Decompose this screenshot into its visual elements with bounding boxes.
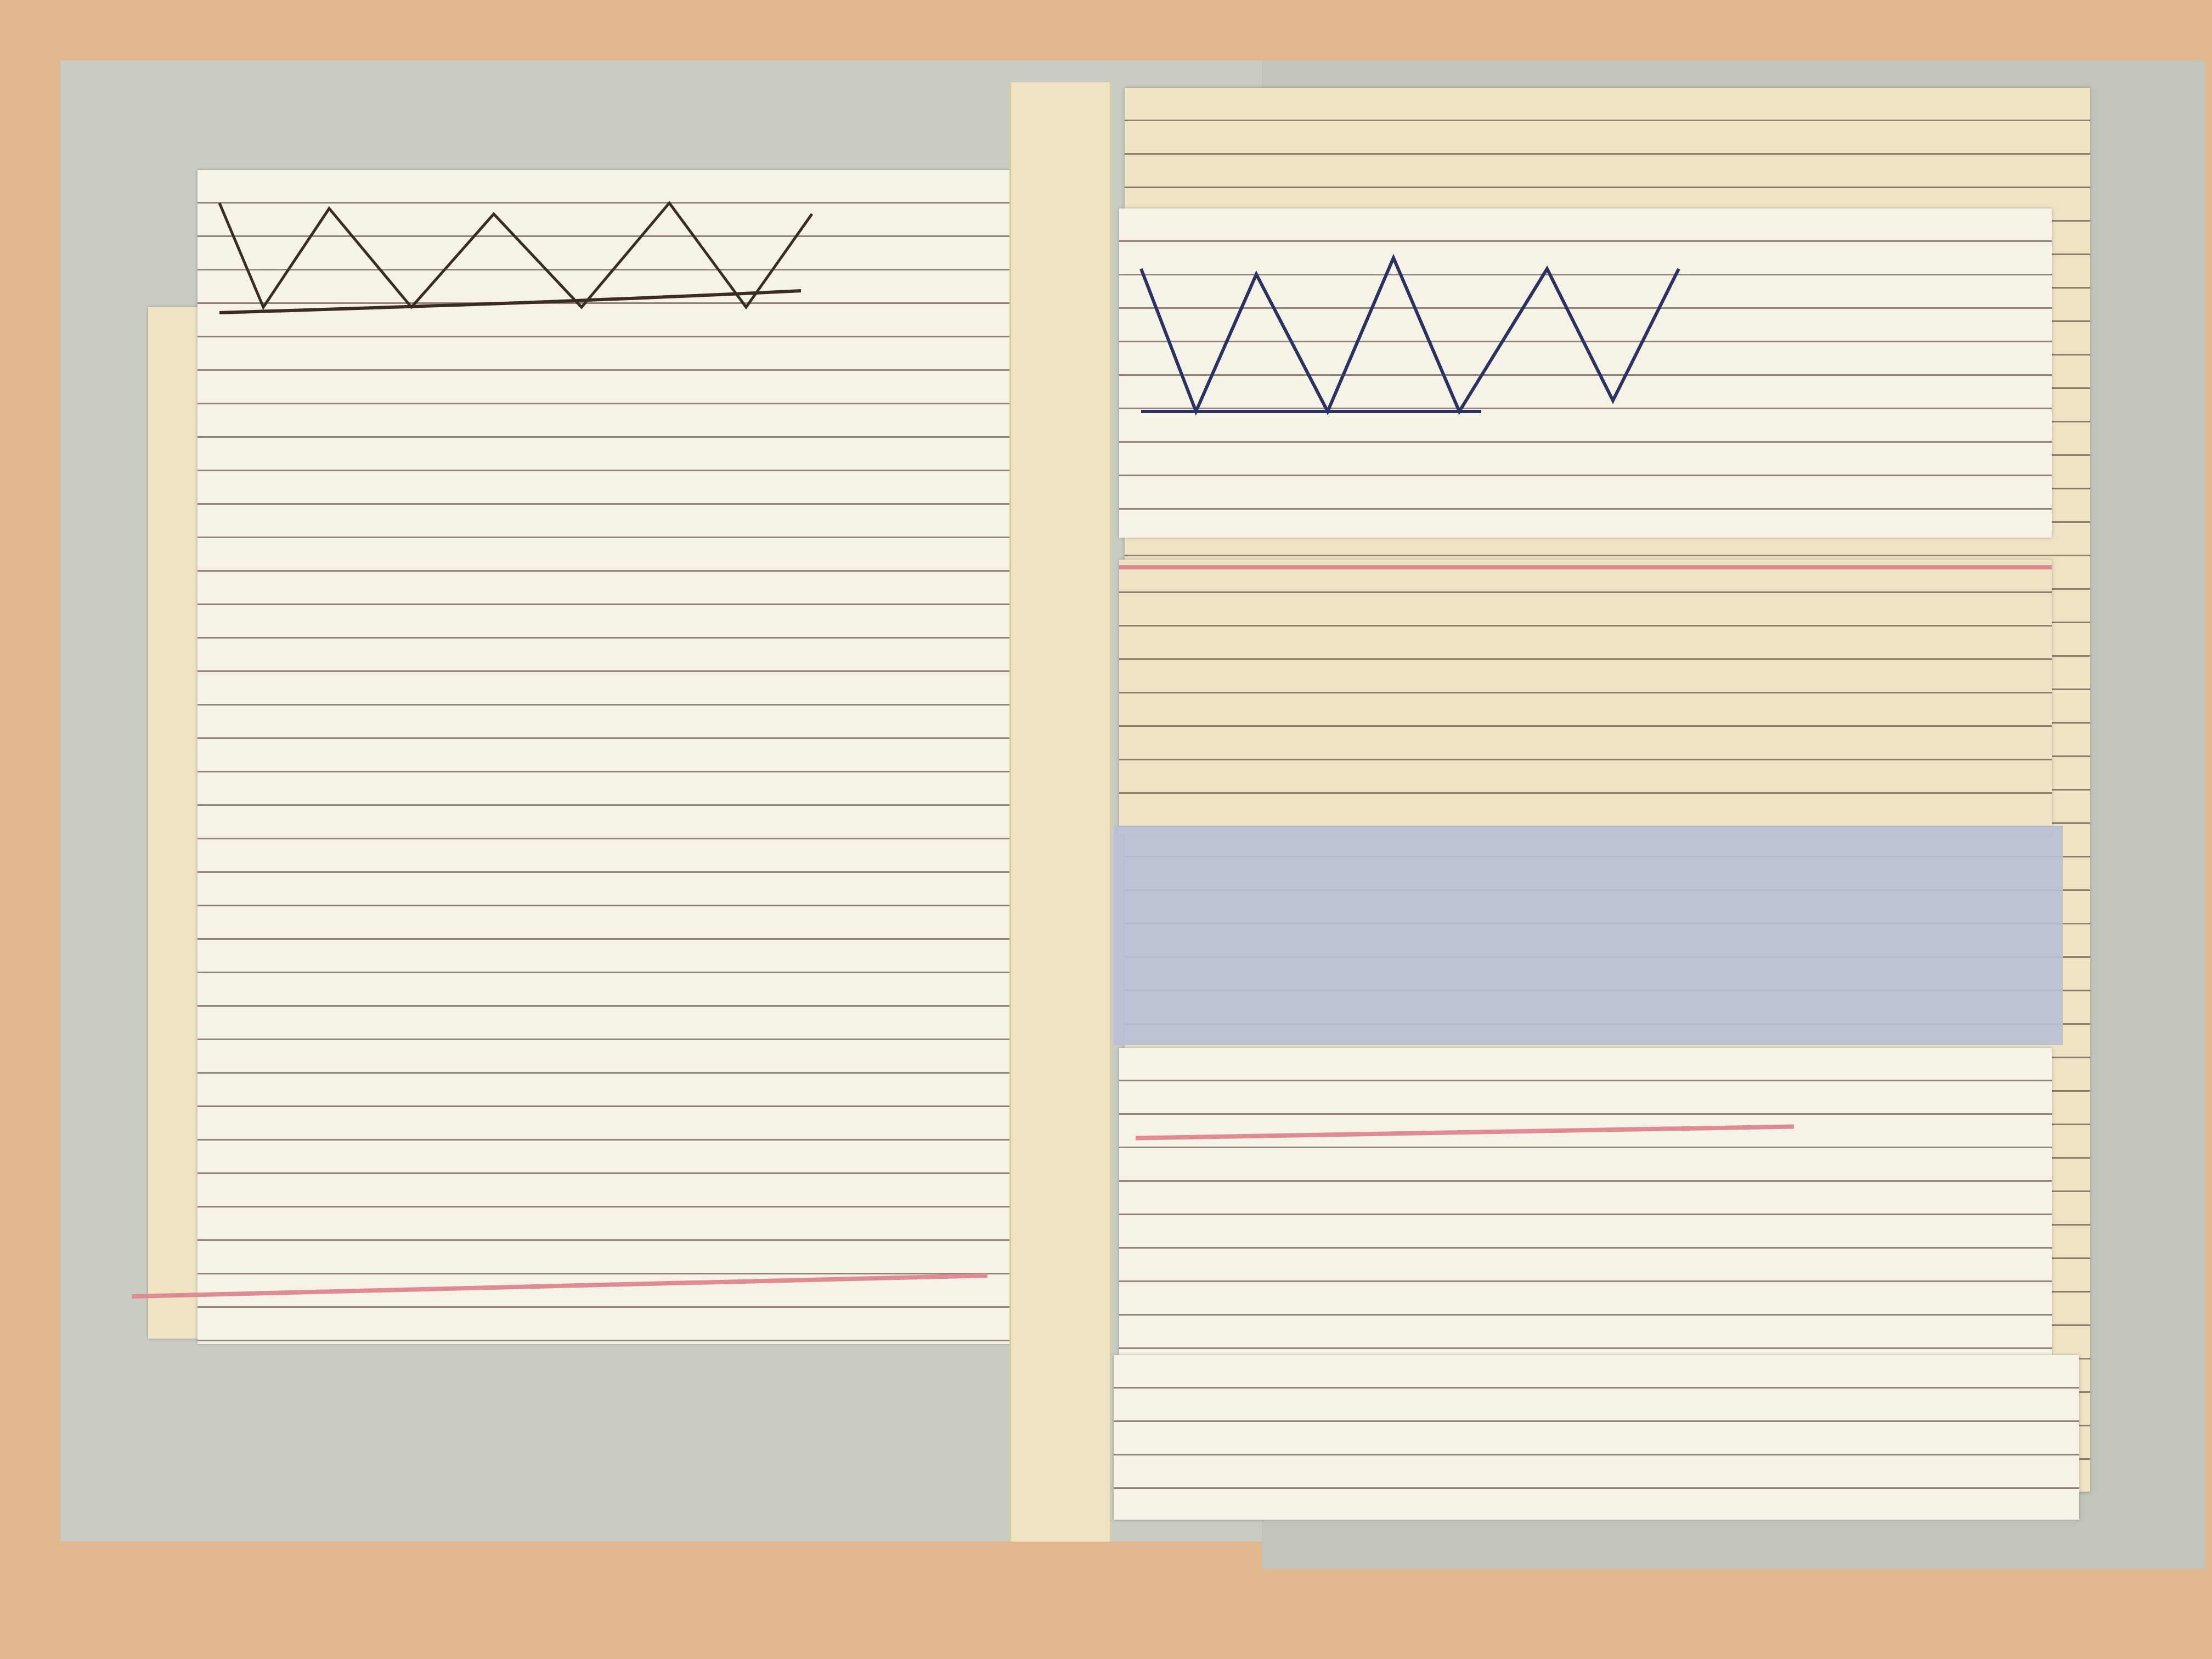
blue-paper-strip: [1114, 826, 2063, 1045]
cross-out-marks-right: [1130, 236, 2052, 422]
cross-out-marks-left: [198, 181, 988, 324]
binding-spine: [1009, 82, 1111, 1542]
right-bottom-fragment: [1114, 1355, 2079, 1520]
right-middle-fragment: [1119, 560, 2052, 834]
red-pencil-line: [1119, 565, 2052, 569]
left-manuscript-page: [198, 170, 1031, 1344]
right-lower-fragment: [1119, 1048, 2052, 1355]
